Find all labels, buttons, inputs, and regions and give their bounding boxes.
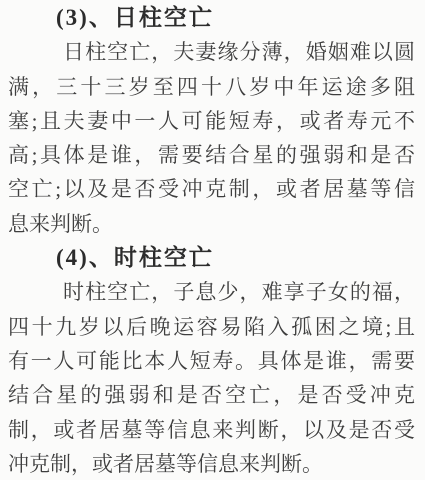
text-line: 塞;且夫妻中一人可能短寿，或者寿元不 xyxy=(8,104,415,138)
section-3-heading: (3)、日柱空亡 xyxy=(8,1,415,35)
text-line: 制，或者居墓等信息来判断，以及是否受 xyxy=(8,413,415,447)
text-line: 结合星的强弱和是否空亡，是否受冲克 xyxy=(8,378,415,412)
text-line: 空亡;以及是否受冲克制，或者居墓等信 xyxy=(8,172,415,206)
text-line: 冲克制，或者居墓等信息来判断。 xyxy=(8,447,415,480)
text-line: 日柱空亡，夫妻缘分薄，婚姻难以圆 xyxy=(8,35,415,69)
text-line: 四十九岁以后晚运容易陷入孤困之境;且 xyxy=(8,310,415,344)
text-line: 息来判断。 xyxy=(8,207,415,241)
text-line: 时柱空亡，子息少，难享子女的福， xyxy=(8,275,415,309)
text-line: 满，三十三岁至四十八岁中年运途多阻 xyxy=(8,70,415,104)
text-line: 高;具体是谁，需要结合星的强弱和是否 xyxy=(8,138,415,172)
document-page: (3)、日柱空亡 日柱空亡，夫妻缘分薄，婚姻难以圆 满，三十三岁至四十八岁中年运… xyxy=(0,0,425,480)
text-line: 有一人可能比本人短寿。具体是谁，需要 xyxy=(8,344,415,378)
section-4-heading: (4)、时柱空亡 xyxy=(8,241,415,275)
